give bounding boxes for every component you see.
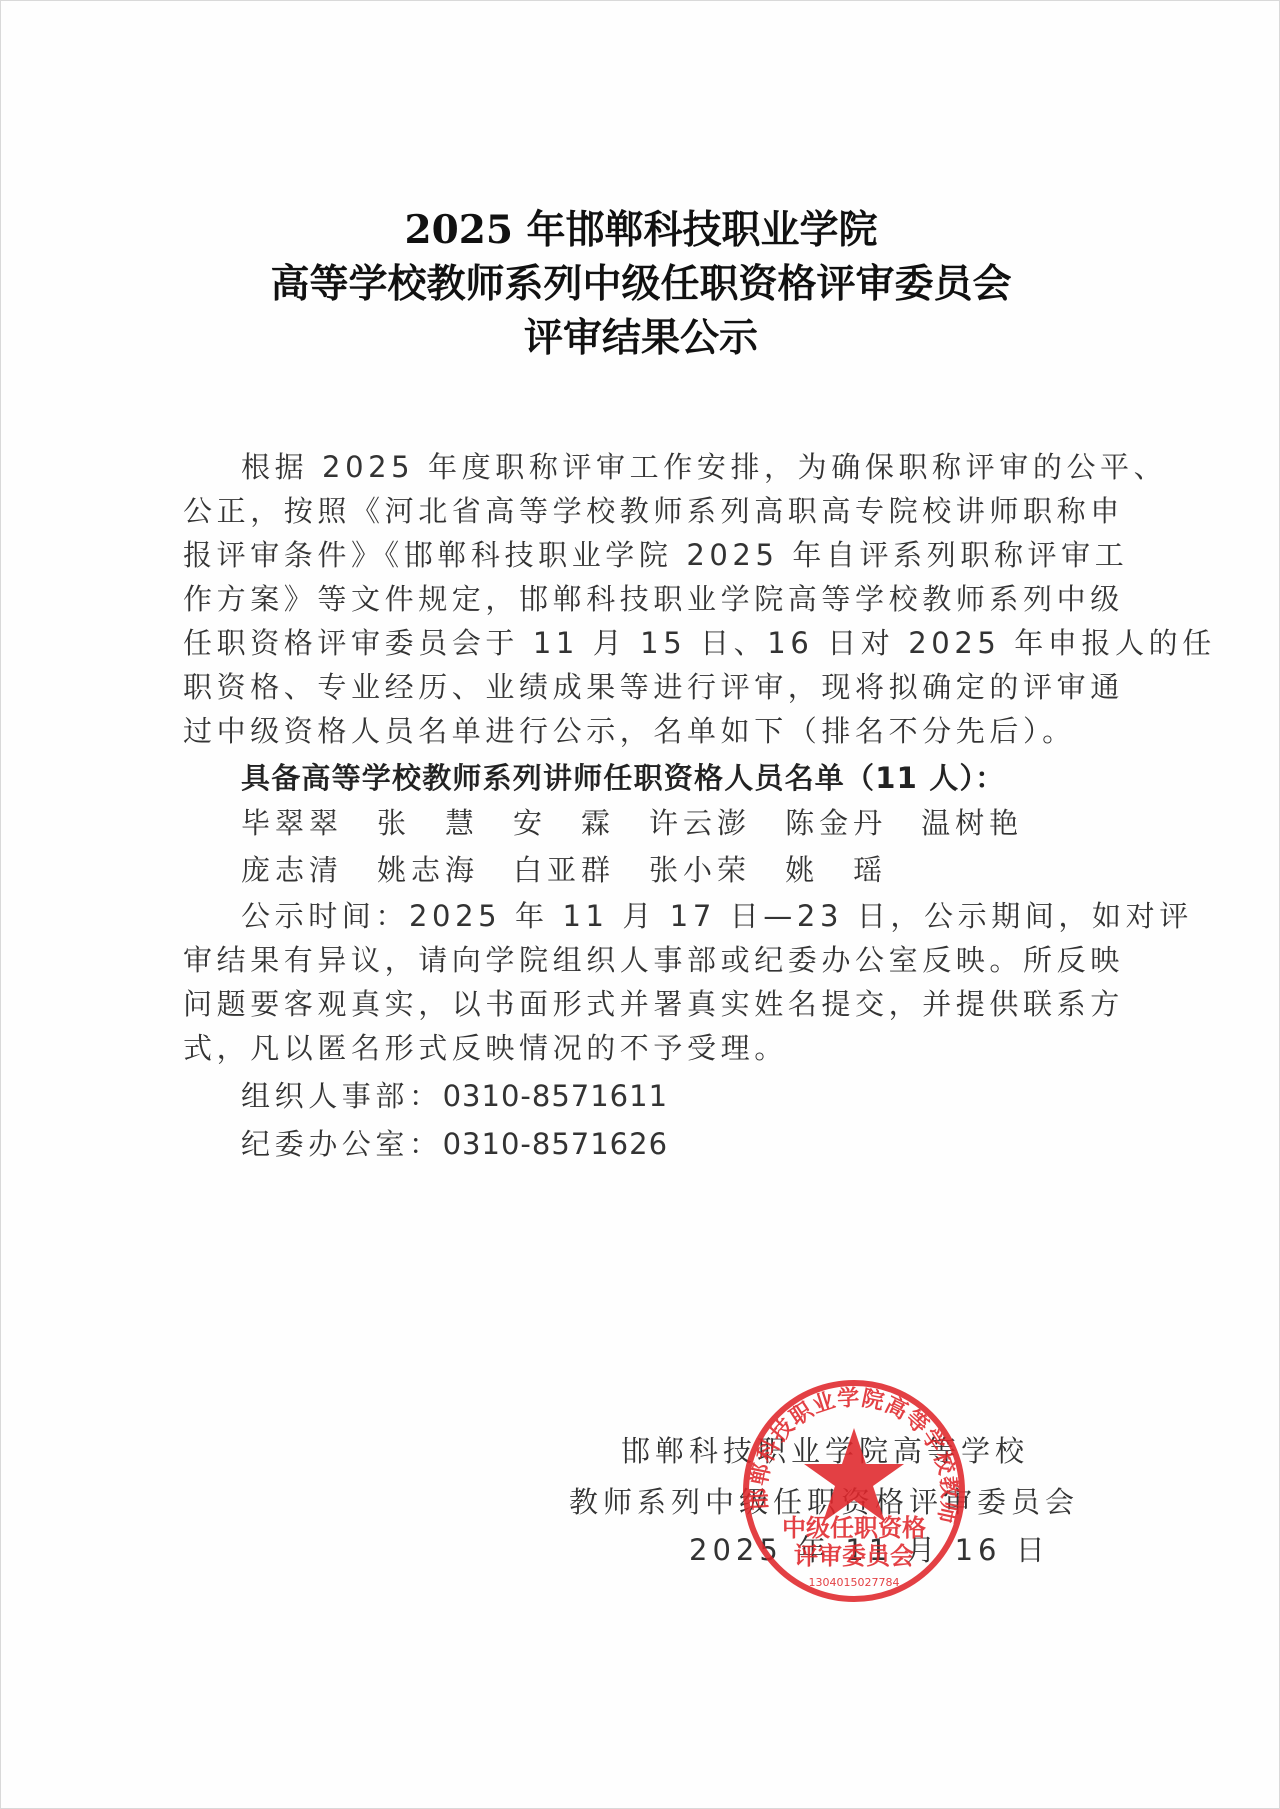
contact-phone: 0310-8571611 <box>443 1079 668 1113</box>
body-line-4: 作方案》等文件规定，邯郸科技职业学院高等学校教师系列中级 <box>183 577 1124 618</box>
name-item: 温树艳 <box>921 801 1023 842</box>
name-item: 姚 瑶 <box>785 848 887 889</box>
notice-line-3: 问题要客观真实，以书面形式并署真实姓名提交，并提供联系方 <box>183 982 1124 1023</box>
contact-hr: 组织人事部：0310-8571611 <box>241 1074 668 1115</box>
body-line-2: 公正，按照《河北省高等学校教师系列高职高专院校讲师职称申 <box>183 489 1124 530</box>
list-heading: 具备高等学校教师系列讲师任职资格人员名单（11 人）： <box>241 756 1005 797</box>
seal-center-line-2: 评审委员会 <box>794 1542 914 1570</box>
body-line-3: 报评审条件》《邯郸科技职业学院 2025 年自评系列职称评审工 <box>183 533 1128 574</box>
body-line-5: 任职资格评审委员会于 11 月 15 日、16 日对 2025 年申报人的任 <box>183 621 1216 662</box>
contact-label: 纪委办公室： <box>241 1127 443 1161</box>
title-line-3: 评审结果公示 <box>1 307 1280 363</box>
title-line-1: 2025 年邯郸科技职业学院 <box>1 199 1280 255</box>
notice-line-2: 审结果有异议，请向学院组织人事部或纪委办公室反映。所反映 <box>183 938 1124 979</box>
name-item: 陈金丹 <box>785 801 887 842</box>
names-row-1: 毕翠翠张 慧安 霖许云澎陈金丹温树艳 <box>241 801 1057 842</box>
name-item: 许云澎 <box>649 801 751 842</box>
body-line-1: 根据 2025 年度职称评审工作安排，为确保职称评审的公平、 <box>241 445 1167 486</box>
name-item: 张小荣 <box>649 848 751 889</box>
names-row-2: 庞志清姚志海白亚群张小荣姚 瑶 <box>241 848 921 889</box>
document-page: 2025 年邯郸科技职业学院 高等学校教师系列中级任职资格评审委员会 评审结果公… <box>0 0 1280 1809</box>
notice-line-4: 式，凡以匿名形式反映情况的不予受理。 <box>183 1026 788 1067</box>
name-item: 毕翠翠 <box>241 801 343 842</box>
notice-line-1: 公示时间：2025 年 11 月 17 日—23 日，公示期间，如对评 <box>241 894 1193 935</box>
official-seal-icon: 邯郸科技职业学院高等学校教师系列 中级任职资格 评审委员会 1304015027… <box>739 1376 969 1606</box>
body-line-7: 过中级资格人员名单进行公示，名单如下（排名不分先后）。 <box>183 709 1076 750</box>
contact-label: 组织人事部： <box>241 1079 443 1113</box>
seal-center-line-1: 中级任职资格 <box>782 1514 926 1542</box>
name-item: 张 慧 <box>377 801 479 842</box>
name-item: 白亚群 <box>513 848 615 889</box>
name-item: 姚志海 <box>377 848 479 889</box>
contact-phone: 0310-8571626 <box>443 1127 668 1161</box>
name-item: 安 霖 <box>513 801 615 842</box>
body-line-6: 职资格、专业经历、业绩成果等进行评审，现将拟确定的评审通 <box>183 665 1124 706</box>
title-line-2: 高等学校教师系列中级任职资格评审委员会 <box>1 253 1280 309</box>
seal-code: 1304015027784 <box>809 1576 900 1589</box>
contact-discipline: 纪委办公室：0310-8571626 <box>241 1122 668 1163</box>
name-item: 庞志清 <box>241 848 343 889</box>
